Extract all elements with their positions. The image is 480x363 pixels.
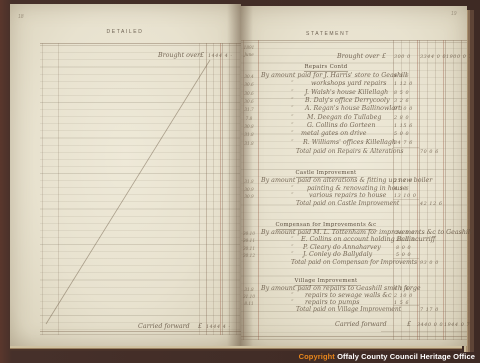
ditto-mark: ” [291,192,294,199]
section-total-label: Total paid on Village Improvement [296,306,391,313]
currency-symbol: £ [198,323,202,330]
entry-text: A. Regan's house Ballinowlart [305,105,401,112]
copyright-word: Copyright [299,352,335,361]
currency-symbol: £ [407,321,411,328]
brought-over-amount: 1444 4 - [208,53,233,60]
ditto-mark: ” [291,139,294,146]
currency-symbol: £ [382,53,386,60]
entry-date: 8.11 [242,300,256,307]
carried-forward-col1: 3440 0 0 [417,322,443,329]
brought-over-col3: 1900 0 7 [446,54,472,61]
right-page: 19 STATEMENT 1891 June Brought over £ 30… [241,6,467,346]
entry-amount: 4 1 6 [394,186,409,193]
carried-forward-col2: 1944 0 7 [444,322,470,329]
entry-date: 30.11 [242,245,256,252]
entry-text: M. Deegan do Tullabeg [307,114,381,121]
entry-date: 31.8 [242,140,256,147]
entry-date: 30.12 [242,252,256,259]
entry-text: J. Conley do Ballydaly [303,251,372,258]
ledger-photo: 18 DETAILED Brought over £ 1444 4 - Carr… [0,0,480,363]
section-total-amount: 93 0 0 [420,260,439,267]
bottom-page-edges [10,346,462,351]
entry-text: J. Walsh's house Killellagh [305,89,388,96]
entry-amount: 2 10 0 [394,293,413,300]
section-title: Village Improvement [271,278,381,284]
entry-date: 30.4 [242,73,256,80]
entry-amount: 2 8 0 [394,115,409,122]
left-page: 18 DETAILED Brought over £ 1444 4 - Carr… [10,4,241,346]
ditto-mark: ” [291,80,294,87]
entry-amount: 8 0 0 [396,245,411,252]
ditto-mark: ” [291,299,294,306]
carried-forward-label: Carried forward [335,321,387,328]
entry-text: R. Williams' offices Killellagh [303,139,396,146]
right-page-header: STATEMENT [283,31,373,37]
entry-text: repairs to pumps [305,299,359,306]
brought-over-col2: 3344 0 0 [420,54,446,61]
entry-amount: 3 2 6 [394,98,409,105]
currency-symbol: £ [200,52,204,59]
ditto-mark: ” [291,130,294,137]
entry-date: 30.6 [242,81,256,88]
ditto-mark: ” [291,251,294,258]
entry-text: workshops yard repairs [311,80,386,87]
entry-amount: 34 7 6 [394,140,413,147]
copyright-watermark: Copyright Offaly County Council Heritage… [299,352,475,361]
section-total-amount: 42 12 6 [420,201,443,208]
entry-date: 30.11 [242,237,256,244]
entry-amount: 30 0 0 [396,237,415,244]
entry-date: 30.6 [242,98,256,105]
entry-amount: 25 1 0 [394,178,413,185]
entry-date: 7.8 [242,115,256,122]
entry-text: G. Collins do Gorteen [307,122,375,129]
year-label: 1891 [242,44,256,51]
diagonal-strike [10,4,241,346]
entry-text: repairs to sewage walls &c [305,292,392,299]
ditto-mark: ” [291,89,294,96]
section-total-label: Total paid on Castle Improvement [296,200,391,207]
ditto-mark: ” [291,105,294,112]
entry-date: 31.8 [242,131,256,138]
brought-over-label: Brought over [337,53,379,60]
section-total-label: Total paid on Compensan for Improvemts [291,259,391,266]
entry-text: painting & renovating in house [307,185,407,192]
ditto-mark: ” [291,122,294,129]
entry-text: By amount paid M. L. Tottenham for impro… [261,229,472,236]
ditto-mark: ” [291,185,294,192]
section-title: Repairs Contd [271,64,381,70]
entry-amount: 4 1 6 [394,286,409,293]
entry-amount: 1 15 6 [394,123,413,130]
copyright-owner: Offaly County Council Heritage Office [337,352,475,361]
entry-amount: 9 10 0 [394,106,413,113]
ditto-mark: ” [291,97,294,104]
entry-date: 30.10 [242,230,256,237]
right-page-number: 19 [451,11,457,17]
carried-forward-label: Carried forward [138,323,190,330]
brought-over-col1: 300 0 [394,54,411,61]
entry-text: B. Daly's office Derrycooly [305,97,390,104]
entry-amount: 8 5 0 [394,90,409,97]
ditto-mark: ” [291,236,294,243]
entry-text: By amount paid for J. Harris' store to G… [261,72,407,79]
month-label: June [242,51,256,58]
entry-date: 30.9 [242,193,256,200]
section-total-label: Total paid on Repairs & Alterations [296,148,391,155]
entry-date: 31.8 [242,286,256,293]
section-title: Castle Improvement [271,170,381,176]
ditto-mark: ” [291,114,294,121]
entry-text: various repairs to house [309,192,386,199]
entry-date: 31.10 [242,293,256,300]
entry-date: 30.6 [242,90,256,97]
section-total-amount: 70 0 6 [420,149,439,156]
section-title: Compensan for Improvements &c [266,222,386,228]
ditto-mark: ” [291,244,294,251]
section-total-amount: 7 17 0 [420,307,439,314]
carried-forward-amount: 1444 4 - [206,324,231,331]
entry-text: E. Collins on account holding Ballincurr… [301,236,435,243]
entry-date: 30.9 [242,186,256,193]
entry-date: 31.8 [242,178,256,185]
entry-amount: 4 1 6 [394,73,409,80]
entry-date: 30.8 [242,123,256,130]
brought-over-label: Brought over [158,52,200,59]
entry-text: P. Cleary do Annaharvey [303,244,381,251]
entry-text: metal gates on drive [301,130,366,137]
ditto-mark: ” [291,292,294,299]
entry-amount: 5 0 0 [394,131,409,138]
entry-amount: 1 12 0 [394,81,413,88]
entry-date: 31.7 [242,106,256,113]
